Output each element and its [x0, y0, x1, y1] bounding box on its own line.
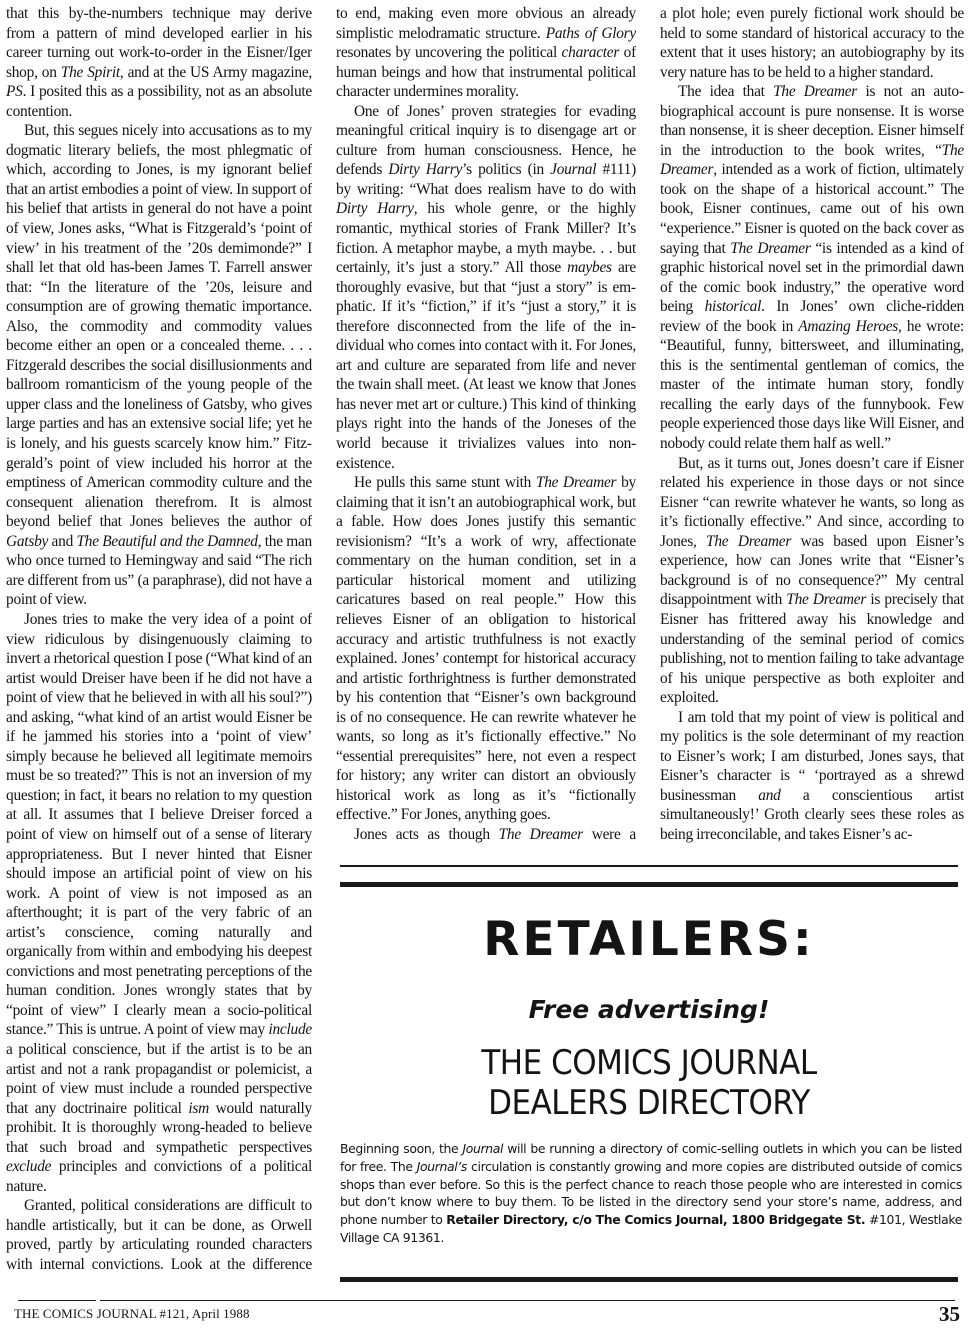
paragraph: Jones tries to make the very idea of a p… [6, 610, 312, 1196]
footer-rule-short [18, 1300, 96, 1301]
paragraph: One of Jones’ proven strategies for evad… [336, 102, 636, 473]
paragraph: that this by-the-numbers technique may d… [6, 4, 312, 121]
page-number: 35 [939, 1302, 960, 1327]
paragraph: But, as it turns out, Jones doesn’t care… [660, 454, 964, 708]
ad-title: THE COMICS JOURNAL DEALERS DIRECTORY [340, 1043, 958, 1122]
paragraph: He pulls this same stunt with The Dreame… [336, 473, 636, 825]
ad-top-thin-rule [340, 865, 958, 867]
article-column-3: a plot hole; even purely fictional work … [660, 4, 964, 844]
ad-body: Beginning soon, the Journal will be runn… [340, 1140, 962, 1247]
ad-title-line-2: DEALERS DIRECTORY [340, 1083, 958, 1123]
paragraph: Jones acts as though The Dreamer were a … [336, 825, 636, 844]
paragraph: But, this segues nicely into accusations… [6, 121, 312, 610]
ad-title-line-1: THE COMICS JOURNAL [340, 1043, 958, 1083]
paragraph: I am told that my point of view is polit… [660, 708, 964, 844]
ad-subhead: Free advertising! [340, 995, 958, 1025]
article-column-2: to end, making even more obvious an alre… [336, 4, 636, 844]
ad-headline: RETAILERS: [340, 915, 958, 965]
paragraph: Granted, political considerations are di… [6, 1196, 312, 1272]
retailers-advertisement: RETAILERS: Free advertising! THE COMICS … [340, 895, 958, 1119]
footer-publication: THE COMICS JOURNAL #121, April 1988 [14, 1306, 250, 1322]
paragraph: The idea that The Dreamer is not an auto… [660, 82, 964, 453]
ad-address-bold: Retailer Directory, c/o The Comics Journ… [446, 1212, 865, 1227]
paragraph: a plot hole; even purely fictional work … [660, 4, 964, 82]
paragraph: to end, making even more obvious an alre… [336, 4, 636, 102]
ad-top-thick-rule [340, 882, 958, 887]
footer-rule-long [100, 1300, 955, 1301]
ad-bottom-thick-rule [340, 1277, 958, 1282]
article-column-1: that this by-the-numbers technique may d… [6, 4, 312, 1272]
